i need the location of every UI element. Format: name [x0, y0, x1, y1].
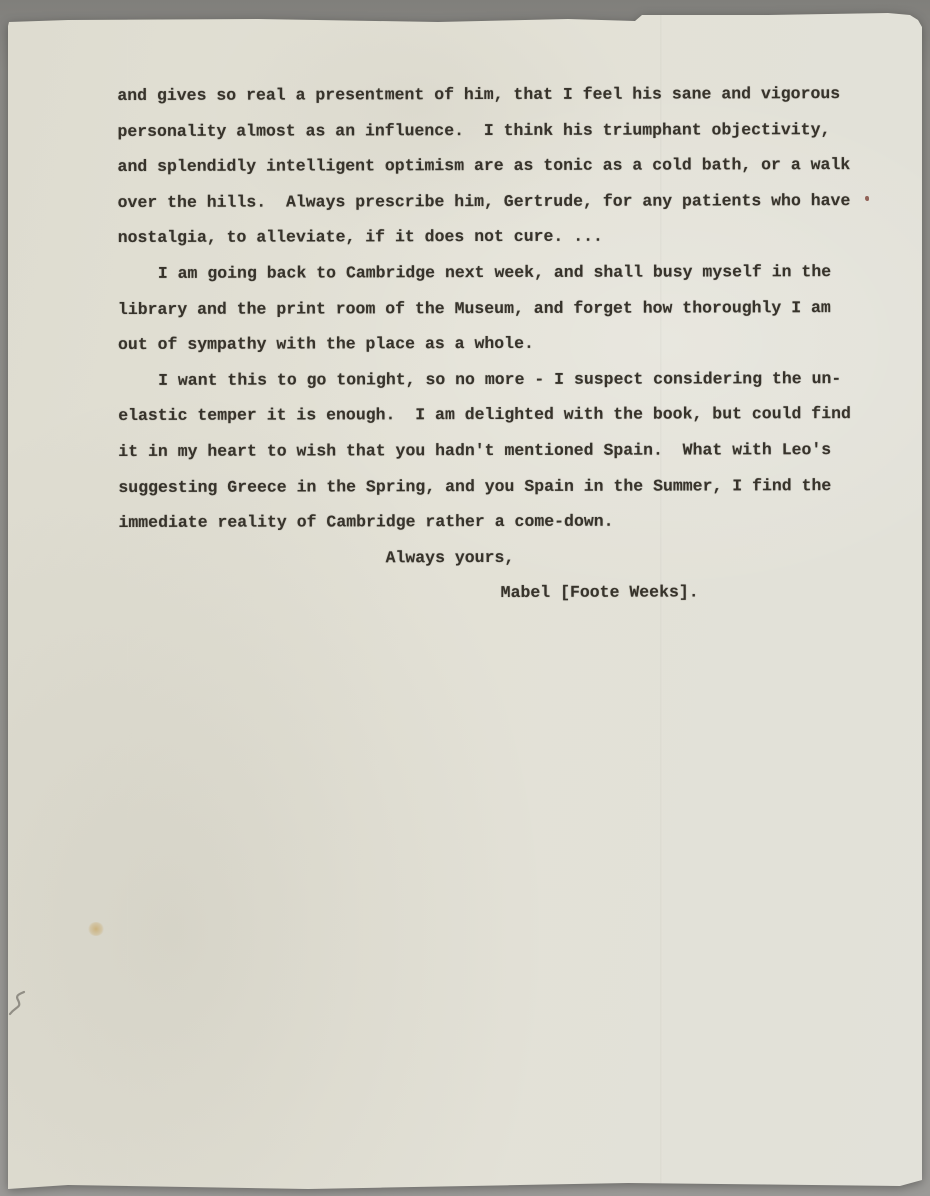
letter-page-wrapper: and gives so real a presentment of him, … — [8, 12, 922, 1192]
letter-line: over the hills. Always prescribe him, Ge… — [118, 183, 878, 221]
letter-line: immediate reality of Cambridge rather a … — [118, 503, 878, 541]
closing-line: Always yours, — [119, 539, 879, 577]
letter-line: out of sympathy with the place as a whol… — [118, 325, 878, 363]
letter-line: personality almost as an influence. I th… — [117, 112, 877, 150]
letter-body: and gives so real a presentment of him, … — [117, 76, 878, 612]
paper-stain — [88, 922, 104, 936]
letter-line: nostalgia, to alleviate, if it does not … — [118, 218, 878, 256]
scanned-letter-photo: { "photo": { "background_color": "#8d8c8… — [0, 0, 930, 1196]
letter-line: and gives so real a presentment of him, … — [117, 76, 877, 114]
letter-page: and gives so real a presentment of him, … — [8, 12, 922, 1192]
letter-line: suggesting Greece in the Spring, and you… — [118, 468, 878, 506]
letter-line: library and the print room of the Museum… — [118, 290, 878, 328]
letter-line: and splendidly intelligent optimism are … — [117, 147, 877, 185]
signature-line: Mabel [Foote Weeks]. — [119, 574, 879, 612]
ink-speck — [865, 196, 869, 201]
letter-line: elastic temper it is enough. I am deligh… — [118, 396, 878, 434]
pencil-mark — [8, 988, 32, 1018]
letter-line: I want this to go tonight, so no more - … — [118, 361, 878, 399]
letter-line: I am going back to Cambridge next week, … — [118, 254, 878, 292]
letter-line: it in my heart to wish that you hadn't m… — [118, 432, 878, 470]
